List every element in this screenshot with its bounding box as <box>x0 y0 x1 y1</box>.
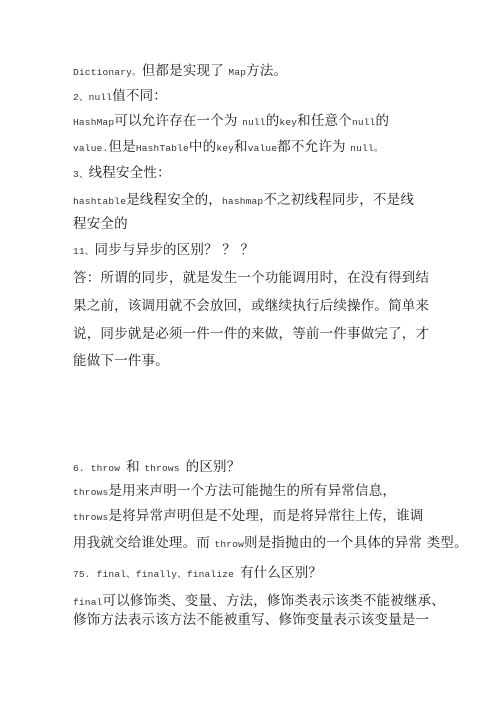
text-line: 11、同步与异步的区别？ ？ ？ <box>73 241 254 261</box>
code-text: value. <box>73 143 108 154</box>
text-line: final可以修饰类、变量、方法，修饰类表示该类不能被继承、 <box>73 592 445 612</box>
body-text: 同步与异步的区别？ ？ ？ <box>95 242 255 258</box>
text-line: 3、线程安全性： <box>73 164 171 184</box>
body-text: 可以允许存在一个为 <box>114 113 242 129</box>
text-line: 修饰方法表示该方法不能被重写、修饰变量表示该变量是一 <box>73 611 429 629</box>
body-text: 可以修饰类、变量、方法，修饰类表示该类不能被继承、 <box>103 593 446 609</box>
code-text: key <box>216 143 234 154</box>
text-line: 果之前，该调用就不会放回，或继续执行后续操作。简单来 <box>73 297 429 315</box>
body-text: 能做下一件事。 <box>73 353 169 369</box>
code-text: HashMap <box>73 117 114 128</box>
body-text: 是将异常声明但是不处理，而是将异常往上传，谁调 <box>108 508 423 524</box>
body-text: 修饰方法表示该方法不能被重写、修饰变量表示该变量是一 <box>73 612 429 628</box>
body-text: 中的 <box>189 139 216 155</box>
code-text: 3、 <box>73 169 89 180</box>
body-text: 线程安全性： <box>89 165 171 181</box>
text-line: 能做下一件事。 <box>73 352 169 370</box>
code-text: Dictionary。 <box>73 67 142 78</box>
code-text: throw <box>215 539 245 550</box>
body-text: 但都是实现了 <box>142 63 229 79</box>
text-line: 答：所谓的同步，就是发生一个功能调用时，在没有得到结 <box>73 269 429 287</box>
body-text: 是用来声明一个方法可能抛生的所有异常信息， <box>108 483 396 499</box>
code-text: null。 <box>350 143 383 154</box>
code-text: throws <box>144 463 185 474</box>
body-text: 方法。 <box>246 63 287 79</box>
body-text: 和 <box>126 459 144 475</box>
body-text: 说，同步就是必须一件一件的来做，等前一件事做完了，才 <box>73 326 429 342</box>
body-text: 则是指抛由的一个具体的异常 类型。 <box>244 535 468 551</box>
code-text: null <box>89 92 113 103</box>
text-line: HashMap可以允许存在一个为 null的key和任意个null的 <box>73 112 389 132</box>
body-text: 都不允许为 <box>277 139 350 155</box>
text-line: Dictionary。但都是实现了 Map方法。 <box>73 62 287 82</box>
text-line: hashtable是线程安全的，hashmap不之初线程同步，不是线 <box>73 191 414 211</box>
text-line: 75. final、finally、finalize 有什么区别？ <box>73 564 322 584</box>
text-line: 程安全的 <box>73 215 128 233</box>
code-text: null <box>242 117 266 128</box>
text-line: throws是将异常声明但是不处理，而是将异常往上传，谁调 <box>73 507 424 527</box>
code-text: hashmap <box>222 196 263 207</box>
body-text: 不之初线程同步，不是线 <box>263 192 414 208</box>
code-text: 75. final、finally、finalize <box>73 569 240 580</box>
body-text: 的 <box>376 113 390 129</box>
code-text: final <box>73 597 103 608</box>
text-line: throws是用来声明一个方法可能抛生的所有异常信息， <box>73 482 396 502</box>
body-text: 和 <box>234 139 248 155</box>
text-line: 用我就交给谁处理。而 throw则是指抛由的一个具体的异常 类型。 <box>73 534 468 554</box>
body-text: 果之前，该调用就不会放回，或继续执行后续操作。简单来 <box>73 298 429 314</box>
code-text: hashtable <box>73 196 126 207</box>
code-text: value <box>248 143 278 154</box>
code-text: key <box>279 117 297 128</box>
code-text: throws <box>73 487 108 498</box>
body-text: 答：所谓的同步，就是发生一个功能调用时，在没有得到结 <box>73 270 429 286</box>
code-text: Map <box>228 67 246 78</box>
text-line: 6. throw 和 throws 的区别？ <box>73 458 240 478</box>
code-text: null <box>352 117 376 128</box>
code-text: 11、 <box>73 246 95 257</box>
code-text: HashTable <box>136 143 189 154</box>
body-text: 但是 <box>108 139 135 155</box>
text-line: 2、null值不同： <box>73 87 167 107</box>
body-text: 的区别？ <box>186 459 241 475</box>
text-line: value.但是HashTable中的key和value都不允许为 null。 <box>73 138 384 158</box>
code-text: 6. throw <box>73 463 126 474</box>
document-page: Dictionary。但都是实现了 Map方法。2、null值不同：HashMa… <box>0 0 500 708</box>
body-text: 的 <box>266 113 280 129</box>
body-text: 用我就交给谁处理。而 <box>73 535 215 551</box>
body-text: 是线程安全的， <box>126 192 222 208</box>
body-text: 有什么区别？ <box>240 565 322 581</box>
body-text: 值不同： <box>112 88 167 104</box>
code-text: throws <box>73 512 108 523</box>
text-line: 说，同步就是必须一件一件的来做，等前一件事做完了，才 <box>73 325 429 343</box>
body-text: 程安全的 <box>73 216 128 232</box>
code-text: 2、 <box>73 92 89 103</box>
body-text: 和任意个 <box>297 113 352 129</box>
